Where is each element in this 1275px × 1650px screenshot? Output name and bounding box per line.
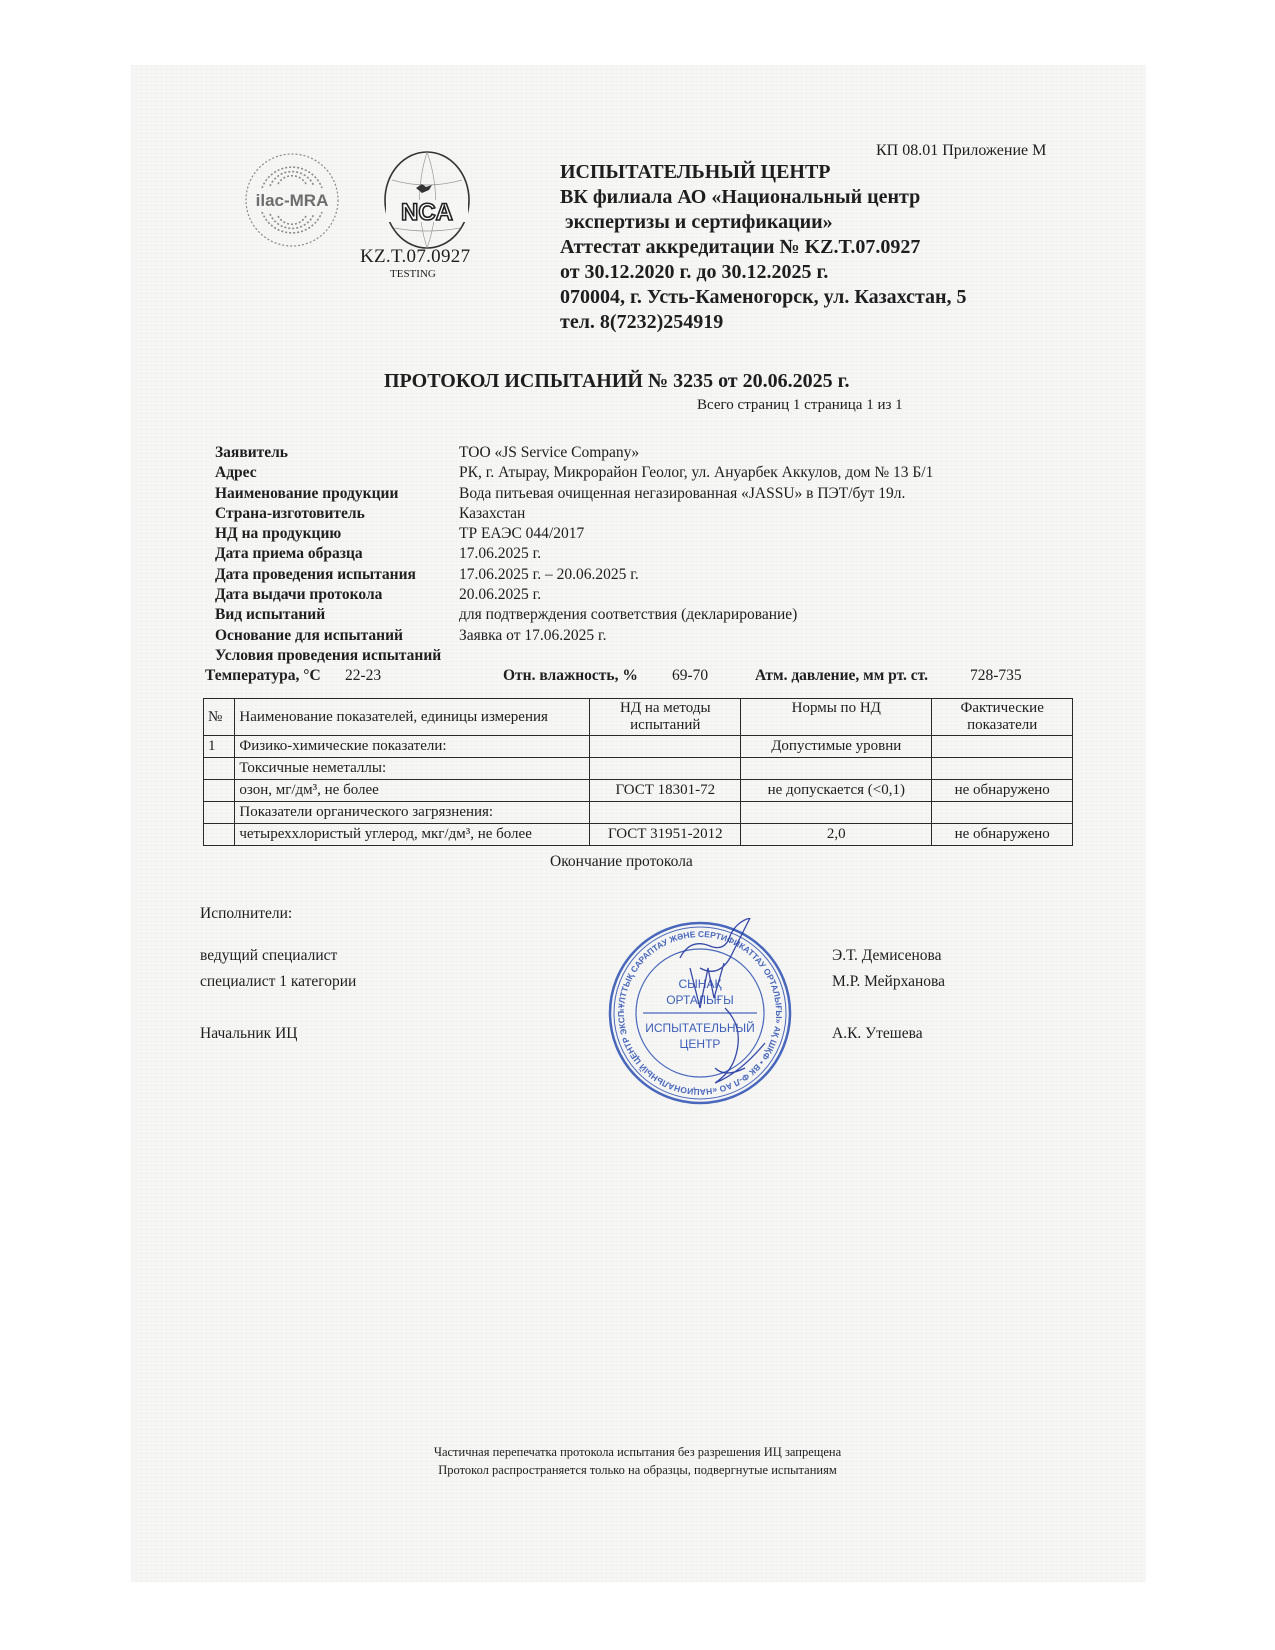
protocol-end-note: Окончание протокола (550, 853, 693, 871)
temperature-value: 22-23 (345, 667, 381, 685)
info-row: Наименование продукцииВода питьевая очищ… (215, 484, 933, 504)
org-line: ИСПЫТАТЕЛЬНЫЙ ЦЕНТР (560, 160, 967, 185)
col-header-name: Наименование показателей, единицы измере… (235, 699, 590, 736)
protocol-title: ПРОТОКОЛ ИСПЫТАНИЙ № 3235 от 20.06.2025 … (384, 370, 849, 393)
results-table: № Наименование показателей, единицы изме… (203, 698, 1073, 846)
info-row: АдресРК, г. Атырау, Микрорайон Геолог, у… (215, 463, 933, 483)
org-line: 070004, г. Усть-Каменогорск, ул. Казахст… (560, 285, 967, 310)
conditions-title: Условия проведения испытаний (215, 647, 441, 665)
executors-title: Исполнители: (200, 905, 292, 923)
accreditation-code: KZ.T.07.0927 (360, 246, 470, 268)
signer-role: Начальник ИЦ (200, 1025, 297, 1043)
signer-name: Э.Т. Демисенова (832, 947, 942, 965)
svg-text:NCA: NCA (401, 199, 453, 226)
table-row: 1 Физико-химические показатели: Допустим… (204, 736, 1073, 758)
svg-text:СЫНАҚ: СЫНАҚ (679, 977, 722, 991)
ilac-mra-logo-icon: ilac-MRA (242, 150, 342, 250)
signer-role: ведущий специалист (200, 947, 337, 965)
info-row: Дата проведения испытания17.06.2025 г. –… (215, 565, 933, 585)
info-row: Основание для испытанийЗаявка от 17.06.2… (215, 626, 933, 646)
form-code: КП 08.01 Приложение М (876, 142, 1046, 160)
org-line: от 30.12.2020 г. до 30.12.2025 г. (560, 260, 967, 285)
col-header-method: НД на методы испытаний (590, 699, 741, 736)
table-row: Токсичные неметаллы: (204, 758, 1073, 780)
pressure-value: 728-735 (970, 667, 1022, 685)
info-row: Дата выдачи протокола20.06.2025 г. (215, 585, 933, 605)
info-row: Вид испытанийдля подтверждения соответст… (215, 605, 933, 625)
info-row: НД на продукциюТР ЕАЭС 044/2017 (215, 524, 933, 544)
table-row: озон, мг/дм³, не более ГОСТ 18301-72 не … (204, 780, 1073, 802)
temperature-label: Температура, °C (205, 667, 321, 685)
svg-text:ilac-MRA: ilac-MRA (256, 191, 329, 210)
org-line: тел. 8(7232)254919 (560, 310, 967, 335)
org-line: Аттестат аккредитации № KZ.T.07.0927 (560, 235, 967, 260)
signer-role: специалист 1 категории (200, 973, 356, 991)
col-header-actual: Фактические показатели (932, 699, 1073, 736)
table-header-row: № Наименование показателей, единицы изме… (204, 699, 1073, 736)
humidity-label: Отн. влажность, % (503, 667, 638, 685)
organization-header: ИСПЫТАТЕЛЬНЫЙ ЦЕНТР ВК филиала АО «Нацио… (560, 160, 967, 335)
humidity-value: 69-70 (672, 667, 708, 685)
pressure-label: Атм. давление, мм рт. ст. (755, 667, 928, 685)
footer-disclaimer: Частичная перепечатка протокола испытани… (0, 1445, 1275, 1460)
page-count: Всего страниц 1 страница 1 из 1 (697, 397, 903, 414)
signer-name: М.Р. Мейрханова (832, 973, 945, 991)
test-conditions: Температура, °C 22-23 Отн. влажность, % … (205, 667, 1035, 687)
info-row: ЗаявительТОО «JS Service Company» (215, 443, 933, 463)
org-line: экспертизы и сертификации» (560, 210, 967, 235)
official-stamp-icon: «ҰЛТТЫҚ САРАПТАУ ЖӘНЕ СЕРТИФИКАТТАУ ОРТА… (605, 918, 795, 1108)
protocol-info: ЗаявительТОО «JS Service Company» АдресР… (215, 443, 933, 646)
col-header-norm: Нормы по НД (741, 699, 932, 736)
accreditation-scope: TESTING (390, 268, 436, 280)
info-row: Дата приема образца17.06.2025 г. (215, 544, 933, 564)
col-header-no: № (204, 699, 235, 736)
footer-scope-note: Протокол распространяется только на обра… (0, 1463, 1275, 1478)
org-line: ВК филиала АО «Национальный центр (560, 185, 967, 210)
signer-name: А.К. Утешева (832, 1025, 923, 1043)
table-row: четыреххлористый углерод, мкг/дм³, не бо… (204, 824, 1073, 846)
info-row: Страна-изготовительКазахстан (215, 504, 933, 524)
svg-text:ЦЕНТР: ЦЕНТР (680, 1037, 721, 1051)
table-row: Показатели органического загрязнения: (204, 802, 1073, 824)
